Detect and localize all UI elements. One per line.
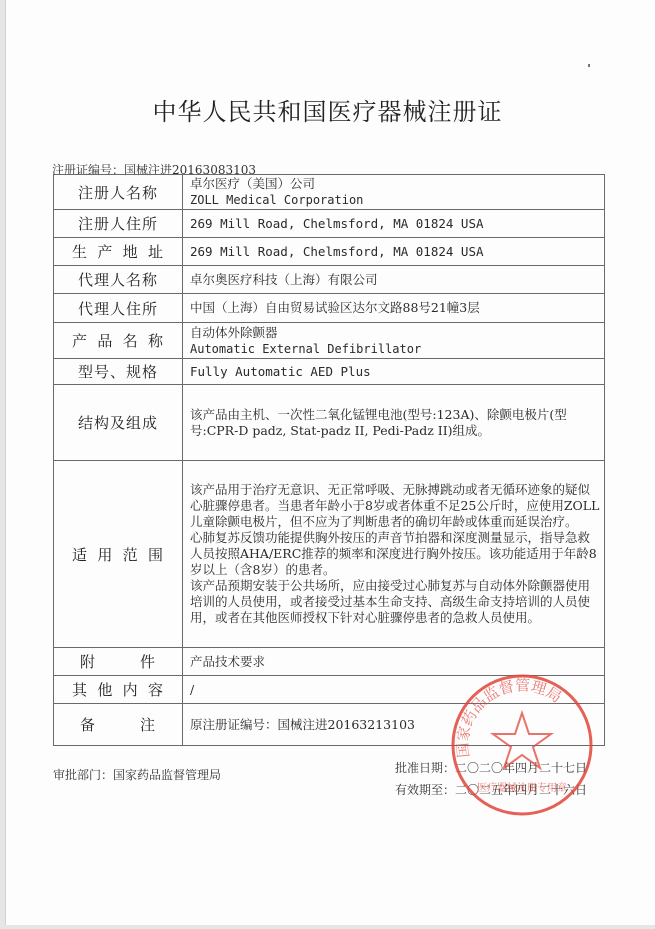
intended-use-paragraph-2: 心肺复苏反馈功能提供胸外按压的声音节拍器和深度测量显示，指导急救人员按照AHA/… (190, 530, 600, 578)
registrant-name-cn: 卓尔医疗（美国）公司 (190, 176, 600, 192)
product-name-cn: 自动体外除颤器 (190, 325, 600, 341)
spaced-label: 备注 (54, 714, 182, 735)
spaced-label: 产品名称 (54, 330, 182, 351)
row-label: 其他内容 (54, 676, 183, 704)
row-value: 269 Mill Road, Chelmsford, MA 01824 USA (183, 210, 605, 238)
row-label: 产品名称 (54, 323, 183, 359)
table-row-intended-use: 适用范围 该产品用于治疗无意识、无正常呼吸、无脉搏跳动或者无循环迹象的疑似心脏骤… (54, 461, 605, 648)
spaced-label: 附件 (54, 651, 182, 672)
table-row-registrant-name: 注册人名称 卓尔医疗（美国）公司 ZOLL Medical Corporatio… (54, 175, 605, 210)
intended-use-paragraph-1: 该产品用于治疗无意识、无正常呼吸、无脉搏跳动或者无循环迹象的疑似心脏骤停患者。当… (190, 482, 600, 530)
document-title: 中华人民共和国医疗器械注册证 (0, 92, 655, 127)
row-label: 代理人住所 (54, 294, 183, 323)
approval-date: 批准日期：二〇二〇年四月二十七日 (395, 757, 587, 779)
intended-use-paragraph-3: 该产品预期安装于公共场所，应由接受过心肺复苏与自动体外除颤器使用培训的人员使用，… (190, 578, 600, 626)
row-value: 中国（上海）自由贸易试验区达尔文路88号21幢3层 (183, 294, 605, 323)
row-value: 产品技术要求 (183, 648, 605, 676)
row-value: Fully Automatic AED Plus (183, 359, 605, 385)
row-label: 型号、规格 (54, 359, 183, 385)
scan-mark (588, 64, 590, 67)
table-row-model-spec: 型号、规格 Fully Automatic AED Plus (54, 359, 605, 385)
certificate-table: 注册人名称 卓尔医疗（美国）公司 ZOLL Medical Corporatio… (53, 174, 605, 746)
spaced-label: 其他内容 (54, 679, 182, 700)
row-label: 代理人名称 (54, 266, 183, 294)
table-row-production-address: 生产地址 269 Mill Road, Chelmsford, MA 01824… (54, 238, 605, 266)
table-row-agent-name: 代理人名称 卓尔奥医疗科技（上海）有限公司 (54, 266, 605, 294)
row-label: 备注 (54, 704, 183, 746)
row-value: 自动体外除颤器 Automatic External Defibrillator (183, 323, 605, 359)
table-row-remarks: 备注 原注册证编号：国械注进20163213103 (54, 704, 605, 746)
table-row-other: 其他内容 / (54, 676, 605, 704)
table-row-product-name: 产品名称 自动体外除颤器 Automatic External Defibril… (54, 323, 605, 359)
table-row-agent-address: 代理人住所 中国（上海）自由贸易试验区达尔文路88号21幢3层 (54, 294, 605, 323)
spaced-label: 适用范围 (54, 544, 182, 565)
table-row-registrant-address: 注册人住所 269 Mill Road, Chelmsford, MA 0182… (54, 210, 605, 238)
row-value: 该产品用于治疗无意识、无正常呼吸、无脉搏跳动或者无循环迹象的疑似心脏骤停患者。当… (183, 461, 605, 648)
table-row-structure: 结构及组成 该产品由主机、一次性二氧化锰锂电池(型号:123A)、除颤电极片(型… (54, 385, 605, 461)
row-label: 生产地址 (54, 238, 183, 266)
spaced-label: 生产地址 (54, 241, 182, 262)
row-value: 原注册证编号：国械注进20163213103 (183, 704, 605, 746)
row-value: 卓尔医疗（美国）公司 ZOLL Medical Corporation (183, 175, 605, 210)
table-row-attachment: 附件 产品技术要求 (54, 648, 605, 676)
row-value: 269 Mill Road, Chelmsford, MA 01824 USA (183, 238, 605, 266)
approval-dates: 批准日期：二〇二〇年四月二十七日 有效期至：二〇二五年四月二十六日 (395, 757, 587, 801)
registrant-name-en: ZOLL Medical Corporation (190, 192, 600, 208)
row-value: 卓尔奥医疗科技（上海）有限公司 (183, 266, 605, 294)
row-label: 适用范围 (54, 461, 183, 648)
row-label: 附件 (54, 648, 183, 676)
approval-department: 审批部门：国家药品监督管理局 (53, 766, 221, 783)
row-value: 该产品由主机、一次性二氧化锰锂电池(型号:123A)、除颤电极片(型号:CPR-… (183, 385, 605, 461)
row-label: 注册人住所 (54, 210, 183, 238)
product-name-en: Automatic External Defibrillator (190, 341, 600, 357)
row-value: / (183, 676, 605, 704)
valid-until-date: 有效期至：二〇二五年四月二十六日 (395, 779, 587, 801)
row-label: 结构及组成 (54, 385, 183, 461)
row-label: 注册人名称 (54, 175, 183, 210)
